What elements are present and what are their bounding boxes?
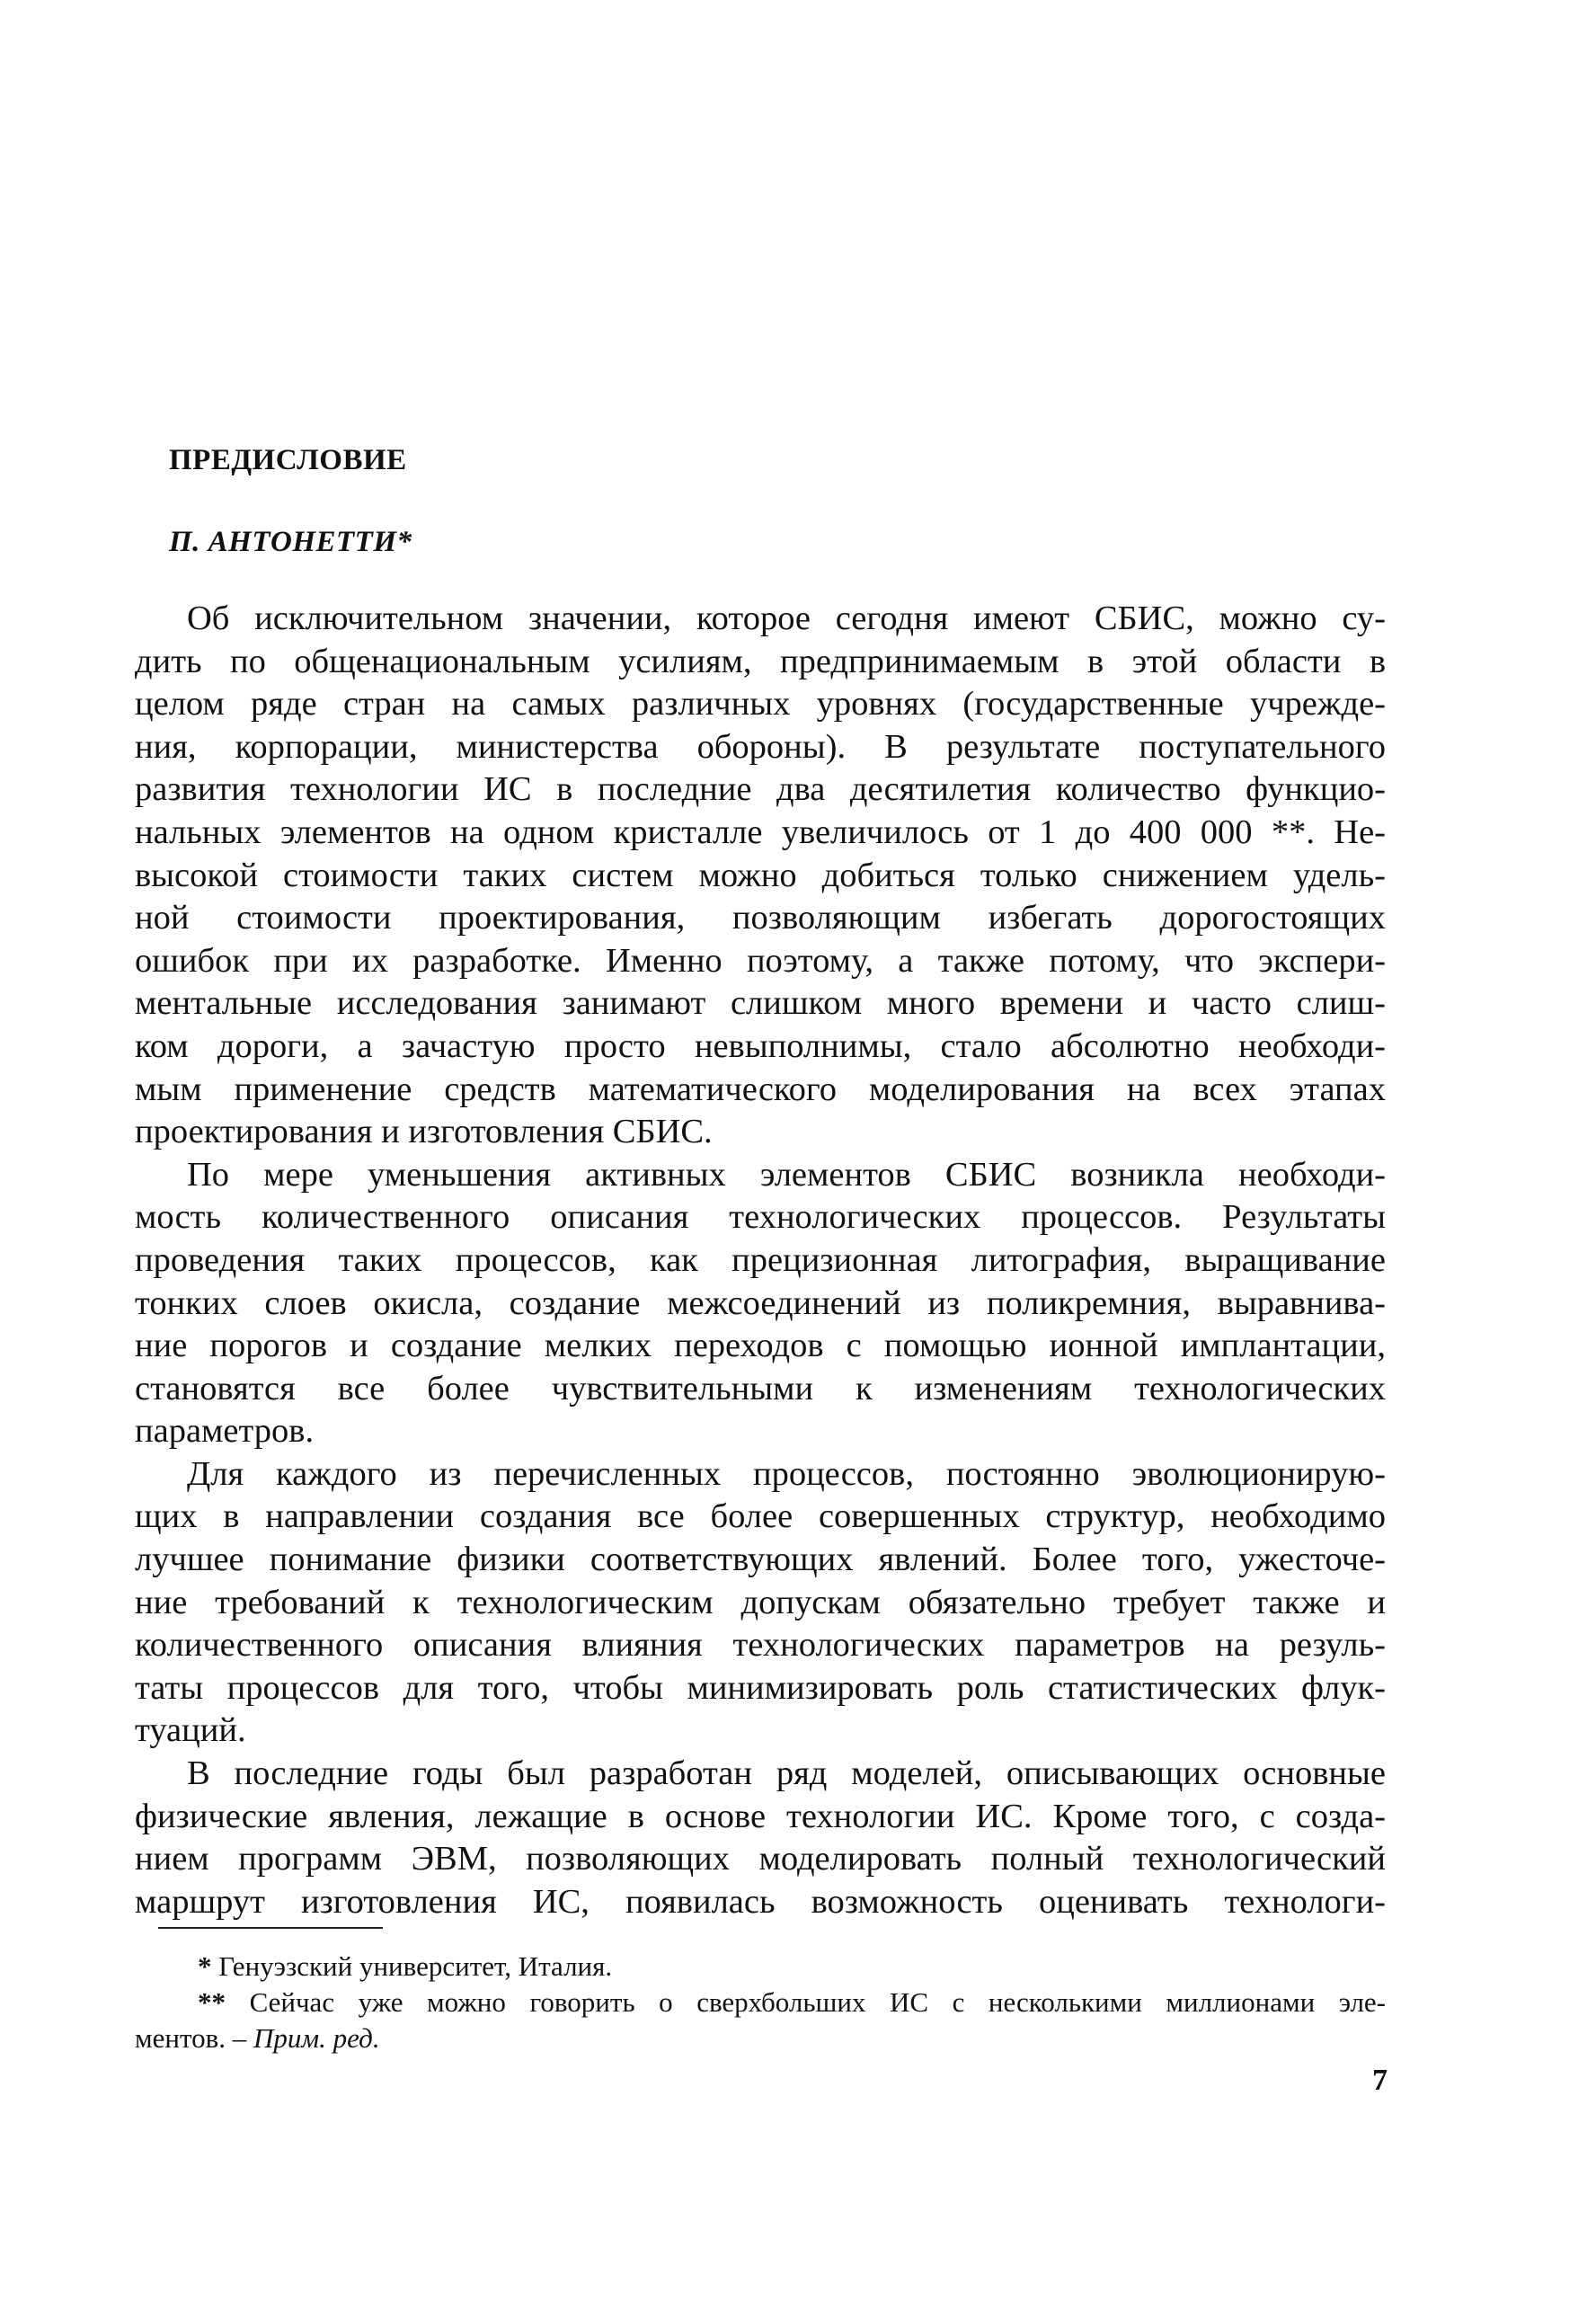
footnote-2: ** Сейчас уже можно говорить о сверхболь… [135, 1985, 1386, 2020]
footnote-text: Генуэзский университет, Италия. [218, 1950, 612, 1982]
paragraph-1: Об исключительном значении, которое сего… [135, 598, 1386, 1154]
text-line: количественного описания влияния техноло… [135, 1624, 1386, 1667]
text-line: В последние годы был разработан ряд моде… [135, 1753, 1386, 1796]
footnote-text: ментов. – [135, 2022, 246, 2054]
text-line: таты процессов для того, чтобы минимизир… [135, 1667, 1386, 1710]
text-line: ментальные исследования занимают слишком… [135, 982, 1386, 1026]
text-line: туаций. [135, 1709, 1386, 1753]
text-line: ошибок при их разработке. Именно поэтому… [135, 940, 1386, 983]
paragraph-2: По мере уменьшения активных элементов СБ… [135, 1154, 1386, 1453]
text-line: нальных элементов на одном кристалле уве… [135, 812, 1386, 855]
footnote-divider [158, 1927, 383, 1929]
text-line: физические явления, лежащие в основе тех… [135, 1796, 1386, 1839]
text-line: ния, корпорации, министерства обороны). … [135, 726, 1386, 769]
text-line: ние требований к технологическим допуска… [135, 1582, 1386, 1625]
book-page: ПРЕДИСЛОВИЕ П. АНТОНЕТТИ* Об исключитель… [0, 0, 1596, 2300]
text-line: щих в направлении создания все более сов… [135, 1496, 1386, 1539]
text-line: становятся все более чувствительными к и… [135, 1368, 1386, 1411]
main-text: Об исключительном значении, которое сего… [135, 598, 1386, 1923]
footnote-marker: ** [198, 1986, 226, 2018]
text-line: Для каждого из перечисленных процессов, … [135, 1453, 1386, 1496]
text-line: мость количественного описания технологи… [135, 1196, 1386, 1239]
footnote-2-continued: ментов. – Прим. ред. [135, 2020, 1386, 2056]
text-line: ние порогов и создание мелких переходов … [135, 1325, 1386, 1368]
text-line: мым применение средств математического м… [135, 1069, 1386, 1112]
text-line: целом ряде стран на самых различных уров… [135, 683, 1386, 726]
text-line: ной стоимости проектирования, позволяющи… [135, 897, 1386, 940]
paragraph-4: В последние годы был разработан ряд моде… [135, 1753, 1386, 1923]
paragraph-3: Для каждого из перечисленных процессов, … [135, 1453, 1386, 1753]
text-line: нием программ ЭВМ, позволяющих моделиров… [135, 1838, 1386, 1881]
text-line: развития технологии ИС в последние два д… [135, 768, 1386, 812]
text-line: параметров. [135, 1410, 1386, 1453]
page-number: 7 [1372, 2064, 1388, 2098]
text-line: тонких слоев окисла, создание межсоедине… [135, 1283, 1386, 1326]
text-line: проведения таких процессов, как прецизио… [135, 1239, 1386, 1283]
text-line: дить по общенациональным усилиям, предпр… [135, 641, 1386, 684]
text-line: лучшее понимание физики соответствующих … [135, 1539, 1386, 1582]
text-line: Об исключительном значении, которое сего… [135, 598, 1386, 641]
text-line: высокой стоимости таких систем можно доб… [135, 855, 1386, 898]
footnote-1: * Генуэзский университет, Италия. [135, 1949, 1386, 1985]
footnote-text: Сейчас уже можно говорить о сверхбольших… [250, 1986, 1386, 2018]
text-line: По мере уменьшения активных элементов СБ… [135, 1154, 1386, 1197]
page-title: ПРЕДИСЛОВИЕ [169, 444, 407, 477]
text-line: проектирования и изготовления СБИС. [135, 1111, 1386, 1154]
footnote-marker: * [198, 1950, 212, 1982]
editor-note: Прим. ред. [253, 2022, 380, 2054]
text-line: маршрут изготовления ИС, появилась возмо… [135, 1881, 1386, 1924]
text-line: ком дороги, а зачастую просто невыполним… [135, 1026, 1386, 1069]
author-name: П. АНТОНЕТТИ* [169, 526, 412, 559]
footnotes: * Генуэзский университет, Италия. ** Сей… [135, 1949, 1386, 2056]
